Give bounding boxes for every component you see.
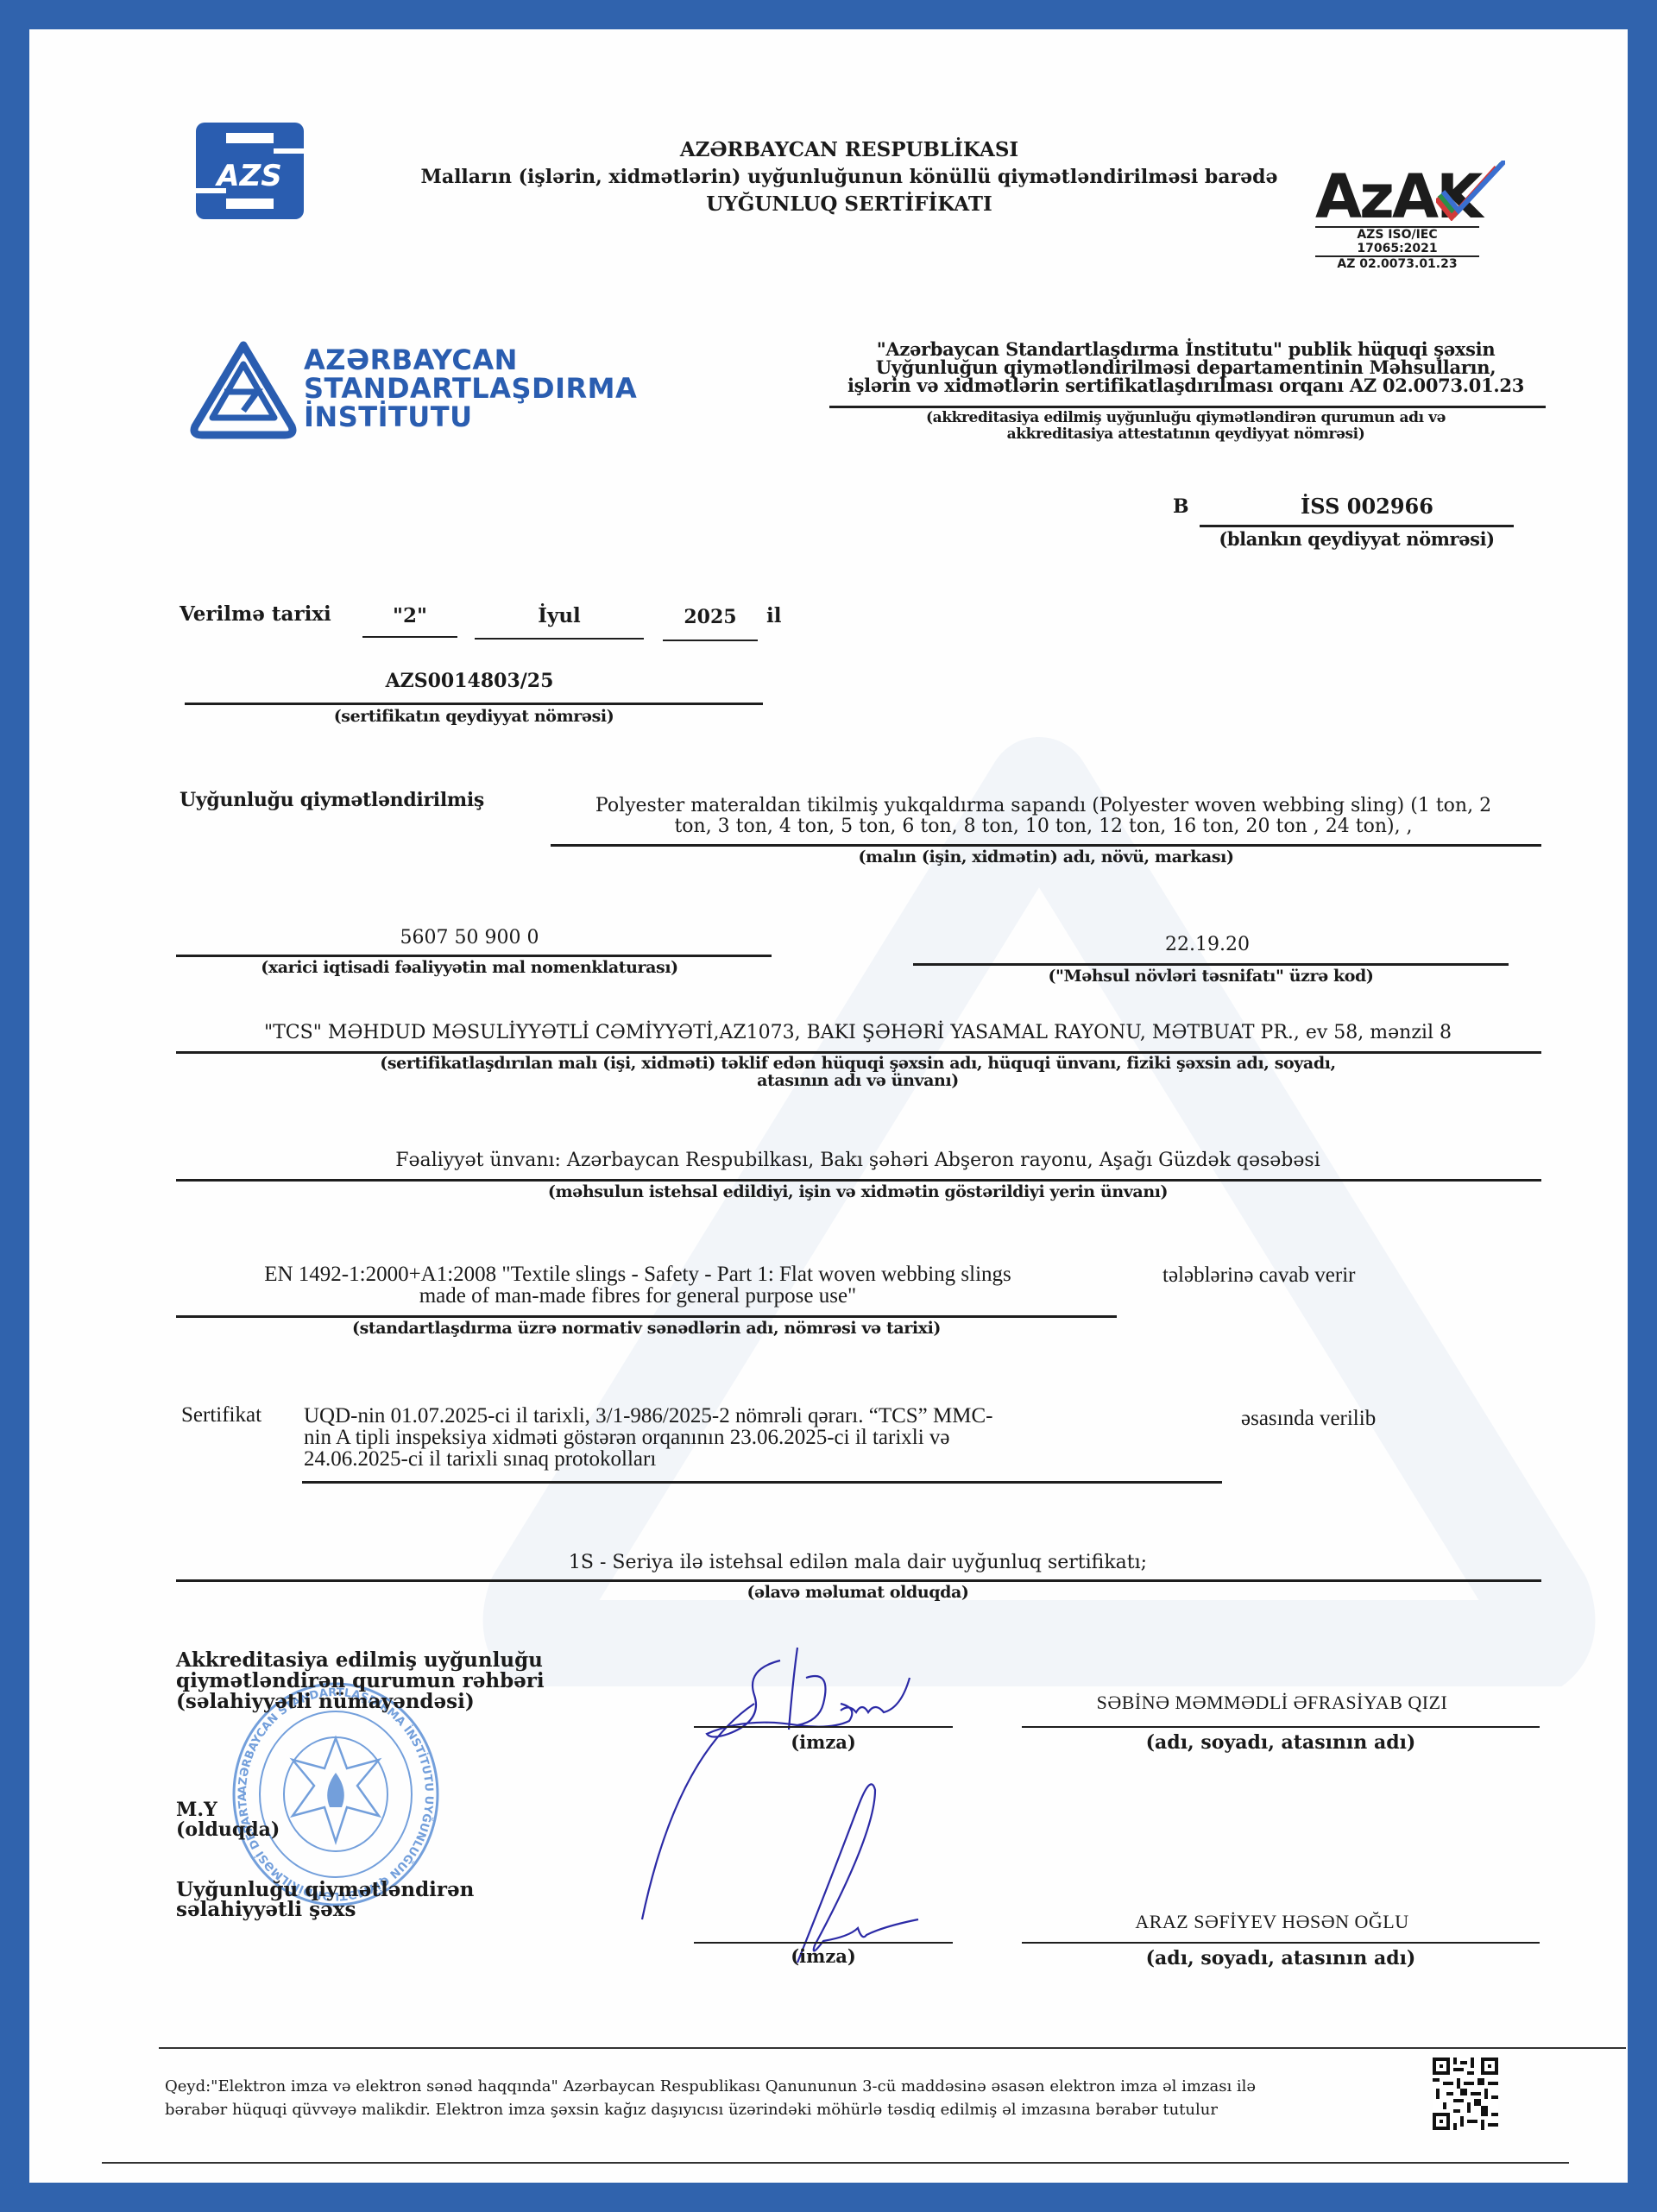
issue-date-year: 2025 <box>663 606 758 628</box>
certification-body-caption: (akkreditasiya edilmiş uyğunluğu qiymətl… <box>823 410 1548 443</box>
divider <box>185 703 763 705</box>
certification-body-name: "Azərbaycan Standartlaşdırma İnstitutu" … <box>823 340 1548 394</box>
standard-suffix: tələblərinə cavab verir <box>1162 1264 1355 1288</box>
certificate-number: AZS0014803/25 <box>185 670 754 692</box>
assessor-name: ARAZ SƏFİYEV HƏSƏN OĞLU <box>1013 1911 1531 1933</box>
divider <box>694 1726 953 1728</box>
divider <box>302 1481 1222 1484</box>
bottom-divider <box>102 2162 1569 2164</box>
assessor-sign-caption: (imza) <box>694 1945 953 1967</box>
svg-text:AZS: AZS <box>214 159 281 193</box>
head-signatory-name: SƏBİNƏ MƏMMƏDLİ ƏFRASİYAB QIZI <box>1013 1692 1531 1714</box>
footer-divider <box>159 2047 1626 2049</box>
divider <box>475 638 644 640</box>
divider <box>1200 525 1514 527</box>
basis-text: UQD-nin 01.07.2025-ci il tarixli, 3/1-98… <box>304 1405 993 1470</box>
azs-logo-icon: AZS <box>196 123 304 219</box>
blank-series: B <box>1173 495 1189 518</box>
additional-info: 1S - Seriya ilə istehsal edilən mala dai… <box>176 1552 1540 1573</box>
hs-code: 5607 50 900 0 <box>176 927 763 948</box>
additional-info-caption: (əlavə məlumat olduqda) <box>176 1583 1540 1602</box>
assessor-label: Uyğunluğu qiymətləndirən səlahiyyətli şə… <box>176 1880 474 1919</box>
issue-date-month: İyul <box>475 604 644 627</box>
watermark-logo-icon <box>478 737 1600 1686</box>
divider <box>1022 1726 1540 1728</box>
product-caption: (malın (işin, xidmətin) adı, növü, marka… <box>551 848 1541 867</box>
production-site-caption: (məhsulun istehsal edildiyi, işin və xid… <box>176 1182 1540 1201</box>
product-class-code: 22.19.20 <box>910 934 1505 955</box>
institute-logo-text: AZƏRBAYCAN STANDARTLAŞDIRMA İNSTİTUTU <box>304 346 637 432</box>
divider <box>176 1579 1541 1582</box>
divider <box>913 963 1509 966</box>
check-mark-icon <box>1436 161 1505 221</box>
divider <box>176 1315 1117 1318</box>
assessor-name-caption: (adı, soyadı, atasının adı) <box>1022 1947 1540 1969</box>
divider <box>551 844 1541 847</box>
divider <box>176 1179 1541 1182</box>
certificate-number-caption: (sertifikatın qeydiyyat nömrəsi) <box>185 707 763 726</box>
basis-suffix: əsasında verilib <box>1241 1407 1376 1431</box>
issue-date-suffix: il <box>766 604 781 627</box>
azak-code: AZ 02.0073.01.23 <box>1315 257 1479 271</box>
applicant: "TCS" MƏHDUD MƏSULİYYƏTLİ CƏMİYYƏTİ,AZ10… <box>176 1022 1540 1043</box>
header-subtitle: Malların (işlərin, xidmətlərin) uyğunluğ… <box>375 166 1324 188</box>
standard-caption: (standartlaşdırma üzrə normativ sənədlər… <box>176 1319 1117 1338</box>
footer-note: Qeyd:"Elektron imza və elektron sənəd ha… <box>165 2075 1256 2121</box>
header-country: AZƏRBAYCAN RESPUBLİKASI <box>375 138 1324 161</box>
qr-code-icon[interactable] <box>1433 2058 1498 2130</box>
basis-label: Sertifikat <box>181 1403 261 1427</box>
blank-number: İSS 002966 <box>1229 494 1505 519</box>
divider <box>176 955 772 957</box>
standard-reference: EN 1492-1:2000+A1:2008 "Textile slings -… <box>159 1264 1117 1307</box>
blank-caption: (blankın qeydiyyat nömrəsi) <box>1200 528 1514 550</box>
divider <box>362 636 457 638</box>
product-label: Uyğunluğu qiymətləndirilmiş <box>180 789 484 811</box>
azak-logo: AzAK AZS ISO/IEC 17065:2021 AZ 02.0073.0… <box>1315 169 1514 271</box>
product-class-caption: ("Məhsul növləri təsnifatı" üzrə kod) <box>913 967 1509 986</box>
divider <box>694 1942 953 1944</box>
institute-logo-icon <box>190 340 298 439</box>
head-signatory-label: Akkreditasiya edilmiş uyğunluğu qiymətlə… <box>176 1650 545 1712</box>
seal-label: M.Y (olduqda) <box>176 1800 280 1840</box>
divider <box>829 406 1546 408</box>
certificate-sheet: AZS AZƏRBAYCAN RESPUBLİKASI Malların (iş… <box>29 29 1628 2183</box>
issue-date-day: "2" <box>362 604 457 627</box>
applicant-caption: (sertifikatlaşdırılan malı (işi, xidməti… <box>176 1055 1540 1089</box>
hs-code-caption: (xarici iqtisadi fəaliyyətin mal nomenkl… <box>176 958 763 977</box>
divider <box>1022 1942 1540 1944</box>
header-certificate-title: UYĞUNLUQ SERTİFİKATI <box>375 192 1324 216</box>
head-name-caption: (adı, soyadı, atasının adı) <box>1022 1731 1540 1754</box>
issue-date-label: Verilmə tarixi <box>180 602 331 626</box>
production-site: Fəaliyyət ünvanı: Azərbaycan Respubilkas… <box>176 1150 1540 1171</box>
divider <box>663 640 758 641</box>
product-description: Polyester materaldan tikilmiş yukqaldırm… <box>547 796 1540 837</box>
head-sign-caption: (imza) <box>694 1731 953 1753</box>
